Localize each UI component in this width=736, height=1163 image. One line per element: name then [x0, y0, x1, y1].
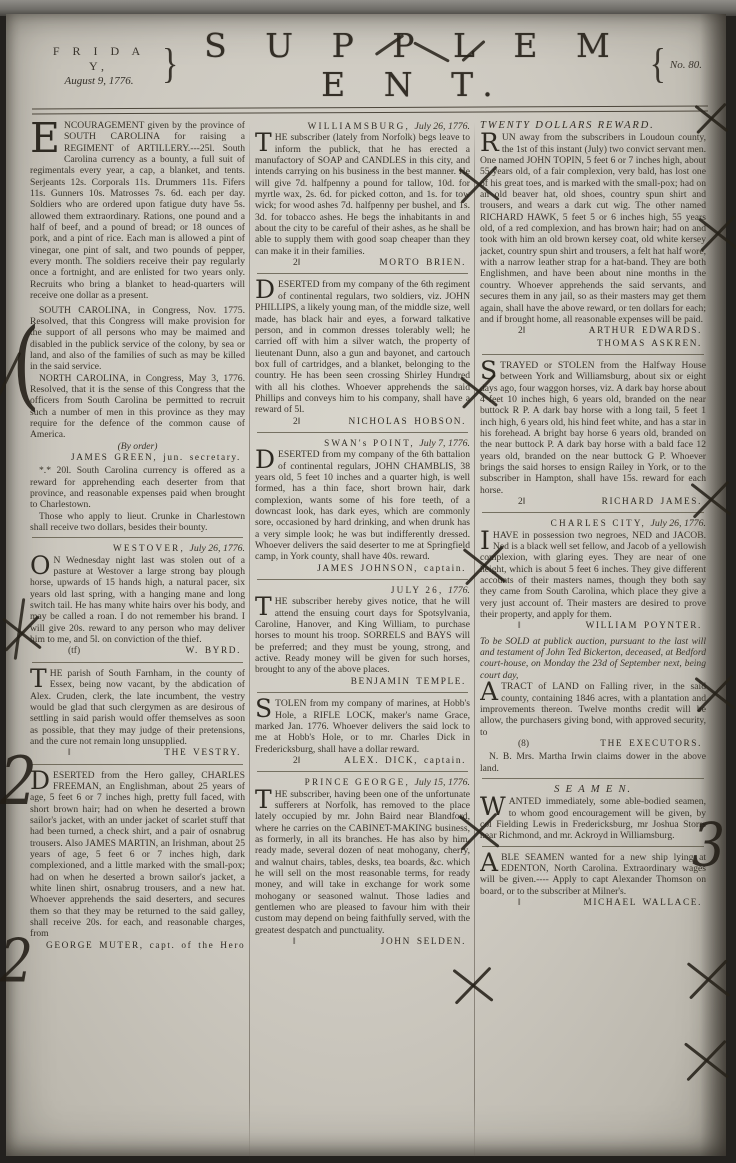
signature-name: JAMES JOHNSON, captain.: [317, 564, 466, 575]
article-paragraph: RUN away from the subscribers in Loudoun…: [480, 132, 706, 325]
column-3: TWENTY DOLLARS REWARD.RUN away from the …: [480, 120, 706, 1163]
signature-mark: ‖: [68, 748, 71, 759]
article: STOLEN from my company of marines, at Ho…: [255, 698, 470, 767]
article-paragraph: DESERTED from my company of the 6th batt…: [255, 449, 470, 562]
article-paragraph: SOUTH CAROLINA, in Congress, Nov. 1775. …: [30, 305, 245, 373]
dateline-place: CHARLES CITY,: [551, 518, 651, 528]
dateline-date: 1776.: [448, 585, 470, 596]
article-divider-rule: [32, 764, 243, 765]
article-dateline: WESTOVER, July 26, 1776.: [30, 543, 245, 554]
signature-name: MICHAEL WALLACE.: [584, 898, 703, 909]
signature-name: NICHOLAS HOBSON.: [349, 417, 466, 428]
article-divider-rule: [482, 512, 704, 513]
drop-cap: S: [255, 698, 275, 719]
article: DESERTED from my company of the 6th regi…: [255, 279, 470, 427]
dateline-date: July 26, 1776.: [414, 121, 470, 132]
article-paragraph: *.* 20l. South Carolina currency is offe…: [30, 465, 245, 510]
article-divider-rule: [482, 354, 704, 355]
signature-row: 2‖MORTO BRIEN.: [255, 258, 470, 269]
drop-cap: A: [480, 681, 501, 702]
signature-row: JAMES GREEN, jun. secretary.: [30, 453, 245, 464]
signature-row: JAMES JOHNSON, captain.: [255, 564, 470, 575]
article-paragraph: STOLEN from my company of marines, at Ho…: [255, 698, 470, 755]
article-paragraph: STRAYED or STOLEN from the Halfway House…: [480, 360, 706, 496]
masthead-day: F R I D A Y,: [40, 44, 158, 74]
signature-name: BENJAMIN TEMPLE.: [351, 677, 466, 688]
signature-name: ARTHUR EDWARDS.: [589, 326, 702, 337]
article: DESERTED from the Hero galley, CHARLES F…: [30, 770, 245, 953]
drop-cap: O: [30, 555, 54, 576]
article-dateline: JULY 26, 1776.: [255, 585, 470, 596]
dateline-date: July 26, 1776.: [189, 543, 245, 554]
article-paragraph: IHAVE in possession two negroes, NED and…: [480, 530, 706, 621]
masthead-issue-number: No. 80.: [670, 59, 704, 71]
dateline-date: July 26, 1776.: [650, 518, 706, 529]
article-divider-rule: [257, 273, 468, 274]
dateline-place: PRINCE GEORGE,: [305, 777, 415, 787]
newspaper-page: F R I D A Y, August 9, 1776. } S U P P L…: [6, 14, 726, 1156]
drop-cap: T: [30, 668, 50, 689]
article-paragraph: To be SOLD at publick auction, pursuant …: [480, 636, 706, 681]
drop-cap: T: [255, 596, 275, 617]
article-paragraph: THE subscriber (lately from Norfolk) beg…: [255, 132, 470, 257]
signature-row: 2‖ARTHUR EDWARDS.: [480, 326, 706, 337]
article: STRAYED or STOLEN from the Halfway House…: [480, 360, 706, 508]
signature-mark: 2‖: [293, 417, 300, 428]
signature-row: GEORGE MUTER, capt. of the Hero.: [30, 941, 245, 952]
signature-name: THOMAS ASKREN.: [597, 339, 702, 350]
article-dateline: PRINCE GEORGE, July 15, 1776.: [255, 777, 470, 788]
article-divider-rule: [482, 778, 704, 779]
signature-mark: ‖: [518, 621, 521, 632]
article-paragraph: (By order): [30, 441, 245, 452]
dateline-date: July 7, 1776.: [419, 438, 470, 449]
signature-name: ALEX. DICK, captain.: [344, 756, 466, 767]
signature-name: GEORGE MUTER, capt. of the Hero.: [46, 941, 245, 952]
article-paragraph: THE subscriber, having been one of the u…: [255, 789, 470, 936]
drop-cap: S: [480, 360, 500, 381]
signature-row: 2‖NICHOLAS HOBSON.: [255, 417, 470, 428]
signature-row: THOMAS ASKREN.: [480, 339, 706, 350]
signature-mark: 2‖: [518, 326, 525, 337]
article: SWAN's POINT, July 7, 1776.DESERTED from…: [255, 438, 470, 575]
article-divider-rule: [257, 771, 468, 772]
article-divider-rule: [257, 432, 468, 433]
article-paragraph: ATRACT of LAND on Falling river, in the …: [480, 681, 706, 738]
masthead-brace-left: }: [158, 41, 182, 89]
column-1: ENCOURAGEMENT given by the province of S…: [30, 120, 245, 1163]
article: ABLE SEAMEN wanted for a new ship lying …: [480, 852, 706, 910]
article-divider-rule: [257, 579, 468, 580]
signature-name: JAMES GREEN, jun. secretary.: [71, 453, 241, 464]
article: S E A M E N.WANTED immediately, some abl…: [480, 784, 706, 842]
signature-name: W. BYRD.: [185, 646, 241, 657]
signature-name: WILLIAM POYNTER.: [586, 621, 702, 632]
drop-cap: R: [480, 132, 502, 153]
signature-row: ‖MICHAEL WALLACE.: [480, 898, 706, 909]
article: CHARLES CITY, July 26, 1776.IHAVE in pos…: [480, 518, 706, 632]
drop-cap: E: [30, 120, 64, 155]
article-divider-rule: [32, 537, 243, 538]
drop-cap: T: [255, 132, 275, 153]
drop-cap: A: [480, 852, 501, 873]
article-divider-rule: [32, 662, 243, 663]
column-2: WILLIAMSBURG, July 26, 1776.THE subscrib…: [255, 120, 470, 1163]
masthead: F R I D A Y, August 9, 1776. } S U P P L…: [40, 26, 704, 104]
masthead-double-rule: [32, 106, 708, 115]
dateline-place: JULY 26,: [391, 585, 448, 595]
masthead-brace-right: {: [646, 41, 670, 89]
article-paragraph: Those who apply to lieut. Crunke in Char…: [30, 511, 245, 534]
article: ENCOURAGEMENT given by the province of S…: [30, 120, 245, 302]
article: TWENTY DOLLARS REWARD.RUN away from the …: [480, 120, 706, 350]
dateline-place: WESTOVER,: [113, 543, 189, 553]
signature-row: (8)THE EXECUTORS.: [480, 739, 706, 750]
signature-mark: ‖: [293, 937, 296, 948]
article-paragraph: ENCOURAGEMENT given by the province of S…: [30, 120, 245, 302]
masthead-title: S U P P L E M E N T.: [182, 26, 645, 104]
masthead-datebox: F R I D A Y, August 9, 1776.: [40, 44, 158, 87]
signature-row: 2‖ALEX. DICK, captain.: [255, 756, 470, 767]
drop-cap: I: [480, 530, 493, 551]
drop-cap: D: [30, 770, 53, 791]
signature-name: JOHN SELDEN.: [381, 937, 466, 948]
article-paragraph: NORTH CAROLINA, in Congress, May 3, 1776…: [30, 373, 245, 441]
columns: ENCOURAGEMENT given by the province of S…: [30, 120, 710, 1163]
drop-cap: D: [255, 449, 278, 470]
article: THE parish of South Farnham, in the coun…: [30, 668, 245, 760]
article-dateline: WILLIAMSBURG, July 26, 1776.: [255, 121, 470, 132]
article-dateline: SWAN's POINT, July 7, 1776.: [255, 438, 470, 449]
article-paragraph: ABLE SEAMEN wanted for a new ship lying …: [480, 852, 706, 897]
signature-row: ‖WILLIAM POYNTER.: [480, 621, 706, 632]
signature-row: BENJAMIN TEMPLE.: [255, 677, 470, 688]
signature-mark: 2‖: [518, 497, 525, 508]
signature-row: 2‖RICHARD JAMES.: [480, 497, 706, 508]
signature-name: THE VESTRY.: [164, 748, 241, 759]
signature-row: ‖JOHN SELDEN.: [255, 937, 470, 948]
article-paragraph: WANTED immediately, some able-bodied sea…: [480, 796, 706, 841]
article-paragraph: DESERTED from my company of the 6th regi…: [255, 279, 470, 415]
article-divider-rule: [257, 692, 468, 693]
masthead-date: August 9, 1776.: [40, 75, 158, 87]
signature-name: THE EXECUTORS.: [600, 739, 702, 750]
article-divider-rule: [482, 846, 704, 847]
dateline-place: WILLIAMSBURG,: [308, 121, 415, 131]
article-paragraph: N. B. Mrs. Martha Irwin claims dower in …: [480, 751, 706, 774]
signature-mark: (8): [518, 739, 529, 750]
dateline-date: July 15, 1776.: [414, 777, 470, 788]
article-heading: TWENTY DOLLARS REWARD.: [480, 120, 706, 131]
dateline-place: SWAN's POINT,: [324, 438, 419, 448]
signature-mark: (tf): [68, 646, 80, 657]
article-heading: S E A M E N.: [480, 784, 706, 795]
article: PRINCE GEORGE, July 15, 1776.THE subscri…: [255, 777, 470, 948]
drop-cap: D: [255, 279, 278, 300]
article: WESTOVER, July 26, 1776.ON Wednesday nig…: [30, 543, 245, 657]
drop-cap: T: [255, 789, 275, 810]
article-dateline: CHARLES CITY, July 26, 1776.: [480, 518, 706, 529]
column-divider-2: [470, 120, 480, 1163]
article-paragraph: ON Wednesday night last was stolen out o…: [30, 555, 245, 646]
signature-mark: 2‖: [293, 756, 300, 767]
signature-name: RICHARD JAMES.: [602, 497, 702, 508]
article: JULY 26, 1776.THE subscriber hereby give…: [255, 585, 470, 688]
article-paragraph: THE subscriber hereby gives notice, that…: [255, 596, 470, 675]
signature-name: MORTO BRIEN.: [379, 258, 466, 269]
newspaper-scan: F R I D A Y, August 9, 1776. } S U P P L…: [0, 0, 736, 1163]
article: SOUTH CAROLINA, in Congress, Nov. 1775. …: [30, 305, 245, 534]
column-divider-1: [245, 120, 255, 1163]
signature-mark: ‖: [518, 898, 521, 909]
article-paragraph: THE parish of South Farnham, in the coun…: [30, 668, 245, 747]
signature-mark: 2‖: [293, 258, 300, 269]
signature-row: ‖THE VESTRY.: [30, 748, 245, 759]
article: To be SOLD at publick auction, pursuant …: [480, 636, 706, 774]
article-paragraph: DESERTED from the Hero galley, CHARLES F…: [30, 770, 245, 940]
signature-row: (tf)W. BYRD.: [30, 646, 245, 657]
article: WILLIAMSBURG, July 26, 1776.THE subscrib…: [255, 121, 470, 269]
drop-cap: W: [480, 796, 509, 817]
